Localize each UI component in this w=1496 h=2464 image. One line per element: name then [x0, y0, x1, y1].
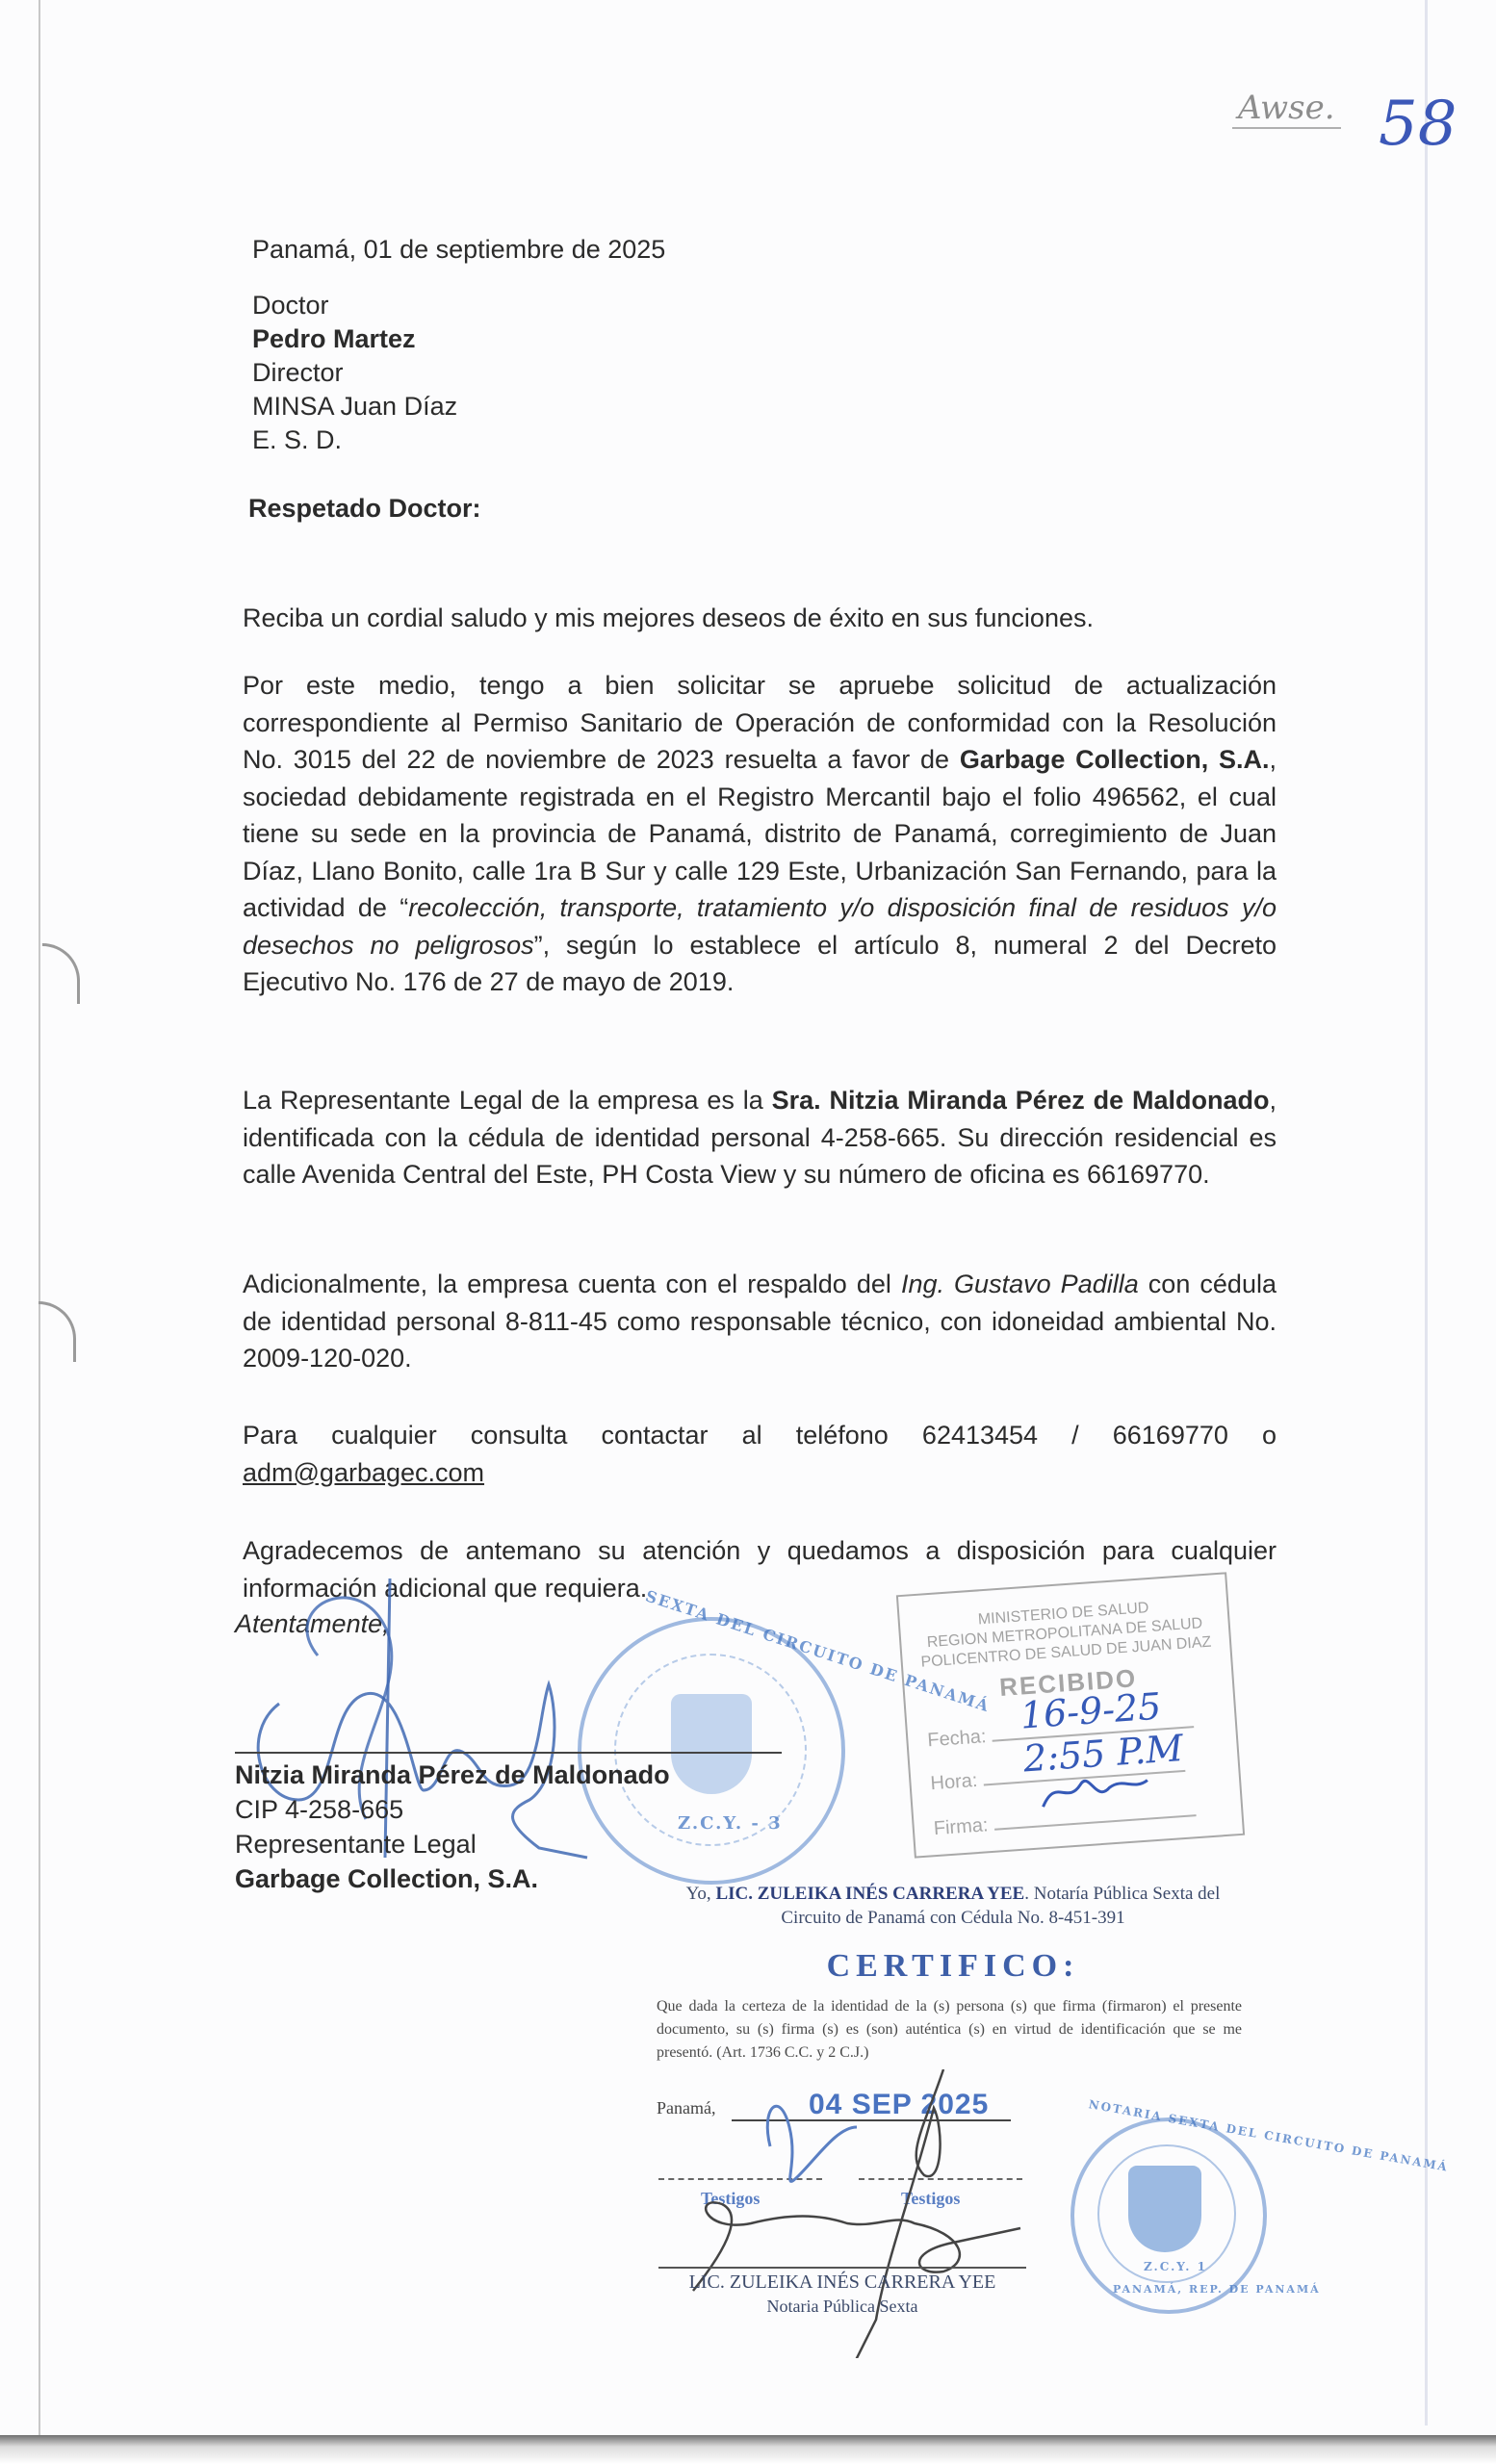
notary-seal-circular-2: NOTARIA SEXTA DEL CIRCUITO DE PANAMÁ Z.C…	[1070, 2117, 1267, 2314]
hora-label: Hora:	[930, 1770, 978, 1794]
notary-introduction: Yo, LIC. ZULEIKA INÉS CARRERA YEE. Notar…	[664, 1882, 1242, 1930]
addressee-institution: MINSA Juan Díaz	[252, 390, 457, 423]
stamp-firma-row: Firma:	[933, 1800, 1197, 1840]
engineer-name: Ing. Gustavo Padilla	[901, 1270, 1139, 1298]
page-left-edge	[39, 0, 40, 2435]
seal-code: Z.C.Y. - 3	[678, 1813, 783, 1834]
notary-title: Notaria Pública Sexta	[658, 2297, 1026, 2317]
technical-text-1: Adicionalmente, la empresa cuenta con el…	[243, 1270, 901, 1298]
signatory-cip: CIP 4-258-665	[235, 1792, 670, 1827]
seal-2-bottom-text: PANAMÁ, REP. DE PANAMÁ	[1113, 2283, 1321, 2296]
salutation: Respetado Doctor:	[248, 494, 481, 524]
signatory-name: Nitzia Miranda Pérez de Maldonado	[235, 1758, 670, 1792]
paragraph-request: Por este medio, tengo a bien solicitar s…	[243, 667, 1277, 1001]
letter-date: Panamá, 01 de septiembre de 2025	[252, 235, 665, 265]
signatory-block: Nitzia Miranda Pérez de Maldonado CIP 4-…	[235, 1758, 670, 1896]
addressee-position: Director	[252, 356, 457, 390]
legal-rep-text-1: La Representante Legal de la empresa es …	[243, 1086, 772, 1115]
contact-text: Para cualquier consulta contactar al tel…	[243, 1421, 1277, 1450]
received-stamp: MINISTERIO DE SALUD REGION METROPOLITANA…	[896, 1572, 1245, 1858]
addressee-title: Doctor	[252, 289, 457, 322]
notary-intro-name: LIC. ZULEIKA INÉS CARRERA YEE	[715, 1884, 1024, 1904]
signatory-role: Representante Legal	[235, 1827, 670, 1861]
paragraph-technical-responsible: Adicionalmente, la empresa cuenta con el…	[243, 1266, 1277, 1377]
punch-hole-bottom	[39, 1301, 76, 1362]
paragraph-greeting: Reciba un cordial saludo y mis mejores d…	[243, 600, 1277, 637]
page-right-edge	[1425, 0, 1428, 2425]
fecha-label: Fecha:	[927, 1726, 988, 1751]
firma-label: Firma:	[933, 1814, 989, 1839]
company-name: Garbage Collection, S.A.	[960, 745, 1270, 774]
signature-line	[235, 1752, 782, 1754]
notary-signature-line	[658, 2267, 1026, 2269]
coat-of-arms-icon	[671, 1694, 752, 1794]
legal-rep-name: Sra. Nitzia Miranda Pérez de Maldonado	[772, 1086, 1270, 1115]
addressee-name: Pedro Martez	[252, 322, 457, 356]
folio-number: 58	[1379, 89, 1457, 160]
addressee-block: Doctor Pedro Martez Director MINSA Juan …	[252, 289, 457, 457]
signatory-company: Garbage Collection, S.A.	[235, 1861, 670, 1896]
certifico-heading: CERTIFICO:	[664, 1948, 1242, 1985]
addressee-esd: E. S. D.	[252, 423, 457, 457]
contact-email-link[interactable]: adm@garbagec.com	[243, 1458, 484, 1487]
paragraph-contact: Para cualquier consulta contactar al tel…	[243, 1417, 1277, 1491]
paragraph-legal-representative: La Representante Legal de la empresa es …	[243, 1082, 1277, 1193]
punch-hole-top	[42, 943, 80, 1004]
seal-2-code: Z.C.Y. 1	[1144, 2260, 1207, 2273]
notary-name: LIC. ZULEIKA INÉS CARRERA YEE	[658, 2271, 1026, 2294]
coat-of-arms-icon-2	[1128, 2166, 1201, 2252]
page-bottom-shadow	[0, 2435, 1496, 2464]
certification-text: Que dada la certeza de la identidad de l…	[657, 1995, 1242, 2065]
handwritten-initials: Awse.	[1232, 89, 1341, 129]
notary-intro-prefix: Yo,	[686, 1884, 716, 1904]
receiver-signature	[1036, 1760, 1154, 1816]
